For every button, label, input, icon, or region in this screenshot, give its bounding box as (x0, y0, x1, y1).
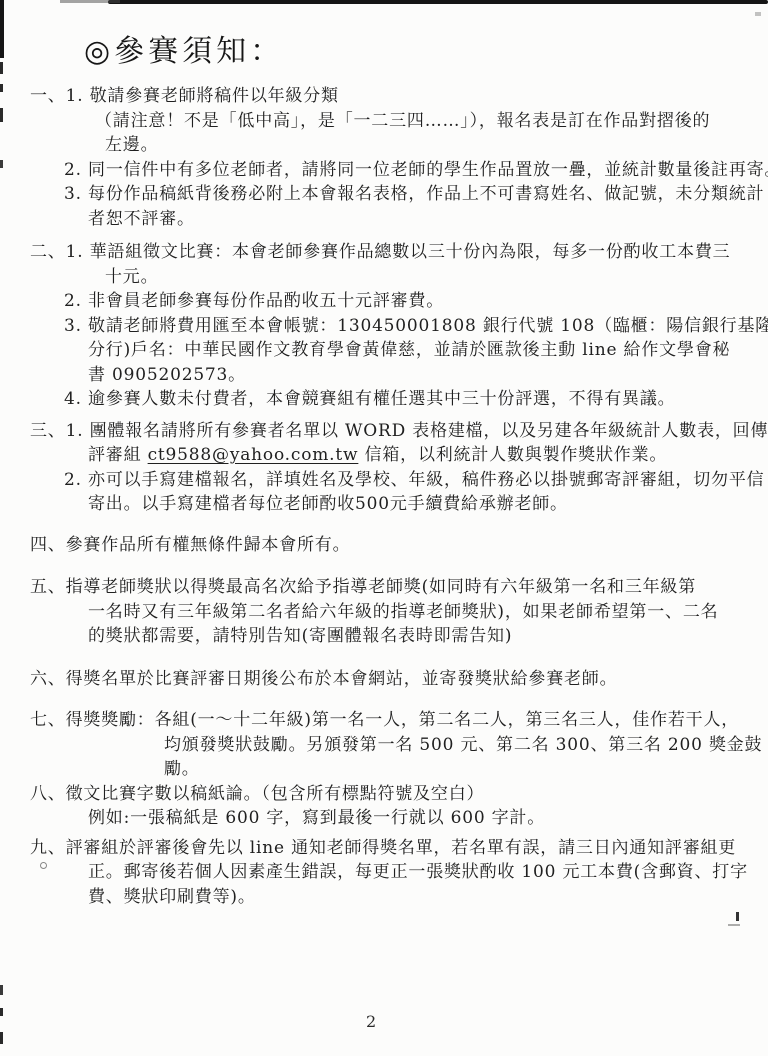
scan-edge-left-mark (0, 1032, 3, 1044)
scan-edge-left-mark (0, 108, 3, 122)
doc-line-section7: 七、得獎獎勵：各組(一～十二年級)第一名一人，第二名二人，第三名三人，佳作若干人… (0, 708, 768, 733)
doc-line-section3-item2-cont: 寄出。以手寫建檔者每位老師酌收500元手續費給承辦老師。 (0, 492, 768, 517)
scan-edge-left-mark (0, 1008, 3, 1016)
scan-speck (40, 862, 47, 869)
doc-line-section1-item3: 3. 每份作品稿紙背後務必附上本會報名表格，作品上不可書寫姓名、做記號，未分類統… (0, 182, 768, 207)
doc-line-section4: 四、參賽作品所有權無條件歸本會所有。 (0, 533, 768, 558)
page-title: ◎參賽須知： (84, 26, 768, 70)
scan-edge-left-mark (0, 985, 3, 995)
scan-speck (728, 924, 740, 926)
scan-speck (736, 912, 739, 921)
doc-line-section9-cont: 正。郵寄後若個人因素產生錯誤，每更正一張獎狀酌收 100 元工本費(含郵資、打字 (0, 860, 768, 885)
doc-line-section3-item1: 三、1. 團體報名請將所有參賽者名單以 WORD 表格建檔，以及另建各年級統計人… (0, 419, 768, 444)
page-number: 2 (366, 1012, 376, 1031)
doc-line-section2-item4: 4. 逾參賽人數未付費者，本會競賽組有權任選其中三十份評選，不得有異議。 (0, 387, 768, 412)
doc-line-section7-cont: 勵。 (0, 757, 768, 782)
doc-line-section7-cont: 均頒發獎狀鼓勵。另頒發第一名 500 元、第二名 300、第三名 200 獎金鼓 (0, 733, 768, 758)
email-address: ct9588@yahoo.com.tw (148, 445, 359, 465)
scan-edge-left-mark (0, 84, 3, 92)
doc-line-section2-item3-cont: 分行)戶名：中華民國作文教育學會黃偉慈，並請於匯款後主動 line 給作文學會秘 (0, 338, 768, 363)
doc-line-section3-item1-cont: 評審組 ct9588@yahoo.com.tw 信箱，以利統計人數與製作獎狀作業… (0, 443, 768, 468)
email-prefix: 評審組 (88, 445, 148, 465)
doc-line-section9: 九、評審組於評審後會先以 line 通知老師得獎名單，若名單有誤，請三日內通知評… (0, 836, 768, 861)
scanned-document-page: ◎參賽須知： 一、1. 敬請參賽老師將稿件以年級分類 （請注意！不是「低中高」，… (0, 0, 768, 1056)
doc-line-section2-item1-cont: 十元。 (0, 265, 768, 290)
doc-line-section9-cont: 費、獎狀印刷費等)。 (0, 885, 768, 910)
email-suffix: 信箱，以利統計人數與製作獎狀作業。 (358, 445, 667, 465)
doc-line-section1-item2: 2. 同一信件中有多位老師者，請將同一位老師的學生作品置放一疊，並統計數量後註再… (0, 158, 768, 183)
doc-line-section5-cont: 一名時又有三年級第二名者給六年級的指導老師獎狀)，如果老師希望第一、二名 (0, 600, 768, 625)
scan-speck (755, 12, 761, 16)
doc-line-section5-cont: 的獎狀都需要，請特別告知(寄團體報名表時即需告知) (0, 624, 768, 649)
doc-line-section2-item1: 二、1. 華語組徵文比賽：本會老師參賽作品總數以三十份內為限，每多一份酌收工本費… (0, 240, 768, 265)
doc-line-section6: 六、得獎名單於比賽評審日期後公布於本會網站，並寄發獎狀給參賽老師。 (0, 667, 768, 692)
doc-line-section1-item3-cont: 者恕不評審。 (0, 207, 768, 232)
doc-line-section1-item1-cont: 左邊。 (0, 133, 768, 158)
scan-edge-left-mark (0, 62, 3, 74)
scan-edge-top (108, 0, 768, 4)
doc-line-section1-item1-cont: （請注意！不是「低中高」，是「一二三四……」），報名表是訂在作品對摺後的 (0, 109, 768, 134)
doc-line-section2-item2: 2. 非會員老師參賽每份作品酌收五十元評審費。 (0, 289, 768, 314)
scan-edge-left (0, 0, 4, 58)
doc-line-section2-item3-cont: 書 0905202573。 (0, 363, 768, 388)
doc-line-section8-cont: 例如:一張稿紙是 600 字，寫到最後一行就以 600 字計。 (0, 806, 768, 831)
doc-line-section3-item2: 2. 亦可以手寫建檔報名，詳填姓名及學校、年級，稿件務必以掛號郵寄評審組，切勿平… (0, 468, 768, 493)
scan-edge-top-fade (60, 0, 120, 3)
doc-line-section2-item3: 3. 敬請老師將費用匯至本會帳號：130450001808 銀行代號 108（臨… (0, 314, 768, 339)
doc-line-section8: 八、徵文比賽字數以稿紙論。（包含所有標點符號及空白） (0, 782, 768, 807)
scan-edge-left-mark (0, 160, 3, 168)
doc-line-section1-item1: 一、1. 敬請參賽老師將稿件以年級分類 (0, 84, 768, 109)
doc-line-section5: 五、指導老師獎狀以得獎最高名次給予指導老師獎(如同時有六年級第一名和三年級第 (0, 575, 768, 600)
